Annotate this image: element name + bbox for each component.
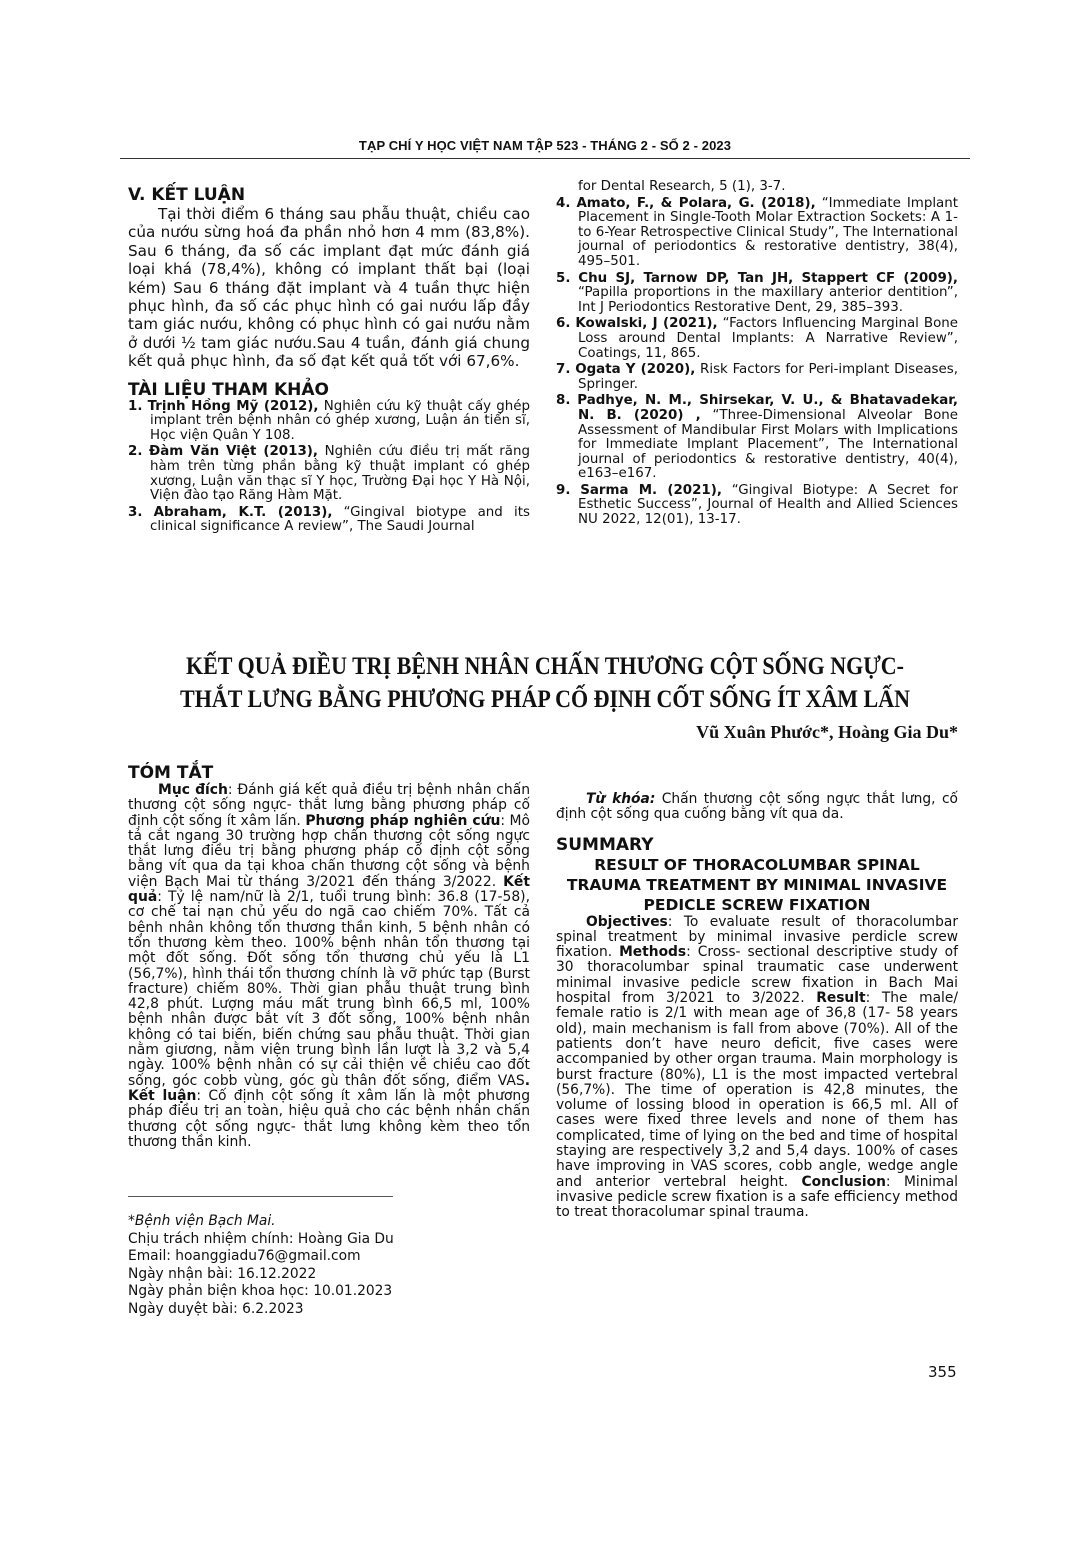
summary-text: Objectives: To evaluate result of thorac… [556,915,958,1221]
received-date: Ngày nhận bài: 16.12.2022 [128,1266,530,1284]
label-conclusion-en: Conclusion [802,1174,886,1190]
reference-item: 1. Trịnh Hồng Mỹ (2012), Nghiên cứu kỹ t… [128,400,530,444]
reference-continuation: for Dental Research, 5 (1), 3-7. [556,180,958,195]
ref-number: 3. [128,505,142,520]
reference-list-right: 4. Amato, F., & Polara, G. (2018), “Imme… [556,197,958,528]
responsible-author: Chịu trách nhiệm chính: Hoàng Gia Du [128,1231,530,1249]
conclusion-heading: V. KẾT LUẬN [128,185,530,205]
label-purpose: Mục đích [158,782,228,798]
ref-authors: Kowalski, J (2021), [575,316,717,331]
article-title-line-2: THẮT LƯNG BẰNG PHƯƠNG PHÁP CỐ ĐỊNH CỐT S… [171,683,919,716]
ref-number: 7. [556,362,570,377]
ref-authors: Chu SJ, Tarnow DP, Tan JH, Stappert CF (… [578,271,958,286]
ref-number: 6. [556,316,570,331]
abstract-vi-heading: TÓM TẮT [128,763,530,783]
label-methods: Phương pháp nghiên cứu [305,813,500,829]
summary-column: Từ khóa: Chấn thương cột sống ngực thắt … [556,752,958,1221]
article-authors: Vũ Xuân Phước*, Hoàng Gia Du* [696,722,958,743]
ref-authors: Sarma M. (2021), [580,483,722,498]
footnotes: *Bệnh viện Bạch Mai. Chịu trách nhiệm ch… [128,1196,530,1318]
summary-heading: SUMMARY [556,835,958,855]
label-objectives: Objectives [586,914,668,930]
abstract-vi-column: TÓM TẮT Mục đích: Đánh giá kết quả điều … [128,763,530,1150]
reference-item: 7. Ogata Y (2020), Risk Factors for Peri… [556,363,958,392]
ref-authors: Trịnh Hồng Mỹ (2012), [148,399,319,414]
running-header: TẠP CHÍ Y HỌC VIỆT NAM TẬP 523 - THÁNG 2… [120,138,970,159]
reference-item: 2. Đàm Văn Việt (2013), Nghiên cứu điều … [128,445,530,503]
review-date: Ngày phản biện khoa học: 10.01.2023 [128,1283,530,1301]
reference-item: 6. Kowalski, J (2021), “Factors Influenc… [556,317,958,361]
ref-number: 2. [128,444,142,459]
keywords: Từ khóa: Chấn thương cột sống ngực thắt … [556,792,958,823]
label-methods-en: Methods [619,944,686,960]
article-title: KẾT QUẢ ĐIỀU TRỊ BỆNH NHÂN CHẤN THƯƠNG C… [171,650,919,716]
affiliation: *Bệnh viện Bạch Mai. [128,1213,530,1231]
email: Email: hoanggiadu76@gmail.com [128,1248,530,1266]
ref-text: “Papilla proportions in the maxillary an… [578,285,958,315]
text-results: : Tỷ lệ nam/nữ là 2/1, tuổi trung bình: … [128,889,530,1089]
reference-item: 5. Chu SJ, Tarnow DP, Tan JH, Stappert C… [556,272,958,316]
label-result-en: Result [816,990,865,1006]
ref-authors: Amato, F., & Polara, G. (2018), [576,196,815,211]
reference-item: 3. Abraham, K.T. (2013), “Gingival bioty… [128,506,530,535]
conclusion-text: Tại thời điểm 6 tháng sau phẫu thuật, ch… [128,205,530,371]
summary-title: RESULT OF THORACOLUMBAR SPINAL TRAUMA TR… [556,855,958,915]
reference-item: 8. Padhye, N. M., Shirsekar, V. U., & Bh… [556,394,958,482]
ref-number: 9. [556,483,570,498]
ref-authors: Ogata Y (2020), [575,362,695,377]
ref-number: 1. [128,399,142,414]
ref-authors: Đàm Văn Việt (2013), [149,444,318,459]
journal-page: TẠP CHÍ Y HỌC VIỆT NAM TẬP 523 - THÁNG 2… [0,0,1090,1541]
page-number: 355 [928,1363,957,1381]
reference-list-left: 1. Trịnh Hồng Mỹ (2012), Nghiên cứu kỹ t… [128,400,530,535]
accepted-date: Ngày duyệt bài: 6.2.2023 [128,1301,530,1319]
keywords-label: Từ khóa: [586,791,655,807]
reference-item: 4. Amato, F., & Polara, G. (2018), “Imme… [556,197,958,270]
ref-number: 4. [556,196,570,211]
article-title-line-1: KẾT QUẢ ĐIỀU TRỊ BỆNH NHÂN CHẤN THƯƠNG C… [171,650,919,683]
reference-item: 9. Sarma M. (2021), “Gingival Biotype: A… [556,484,958,528]
ref-number: 5. [556,271,570,286]
references-heading: TÀI LIỆU THAM KHẢO [128,380,530,400]
text-result-en: : The male/ female ratio is 2/1 with mea… [556,990,958,1190]
abstract-vi-text: Mục đích: Đánh giá kết quả điều trị bệnh… [128,783,530,1150]
ref-authors: Abraham, K.T. (2013), [154,505,333,520]
ref-number: 8. [556,393,570,408]
upper-left-column: V. KẾT LUẬN Tại thời điểm 6 tháng sau ph… [128,185,530,537]
footnote-divider [128,1196,393,1197]
upper-right-column: for Dental Research, 5 (1), 3-7. 4. Amat… [556,180,958,530]
